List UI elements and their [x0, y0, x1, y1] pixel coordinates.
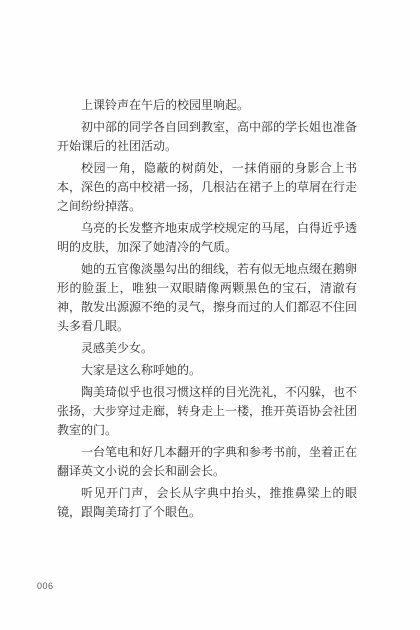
paragraph: 上课铃声在午后的校园里响起。 [57, 96, 357, 115]
paragraph: 她的五官像淡墨勾出的细线，若有似无地点缀在鹅卵形的脸蛋上，唯独一双眼睛像两颗黑色… [57, 260, 357, 336]
page-body-text: 上课铃声在午后的校园里响起。初中部的同学各自回到教室，高中部的学长姐也准备开始课… [57, 96, 357, 525]
paragraph: 乌亮的长发整齐地束成学校规定的马尾，白得近乎透明的皮肤，加深了她清冷的气质。 [57, 219, 357, 257]
paragraph: 陶美琦似乎也很习惯这样的目光洗礼，不闪躲，也不张扬，大步穿过走廊，转身走上一楼，… [57, 383, 357, 440]
book-page: 上课铃声在午后的校园里响起。初中部的同学各自回到教室，高中部的学长姐也准备开始课… [0, 0, 420, 630]
paragraph: 一台笔电和好几本翻开的字典和参考书前，坐着正在翻译英文小说的会长和副会长。 [57, 443, 357, 481]
page-number: 006 [37, 581, 54, 592]
paragraph: 灵感美少女。 [57, 339, 357, 358]
paragraph: 校园一角，隐蔽的树荫处，一抹俏丽的身影合上书本，深色的高中校裙一扬，几根沾在裙子… [57, 159, 357, 216]
paragraph: 初中部的同学各自回到教室，高中部的学长姐也准备开始课后的社团活动。 [57, 118, 357, 156]
paragraph: 听见开门声，会长从字典中抬头，推推鼻梁上的眼镜，跟陶美琦打了个眼色。 [57, 484, 357, 522]
paragraph: 大家是这么称呼她的。 [57, 361, 357, 380]
